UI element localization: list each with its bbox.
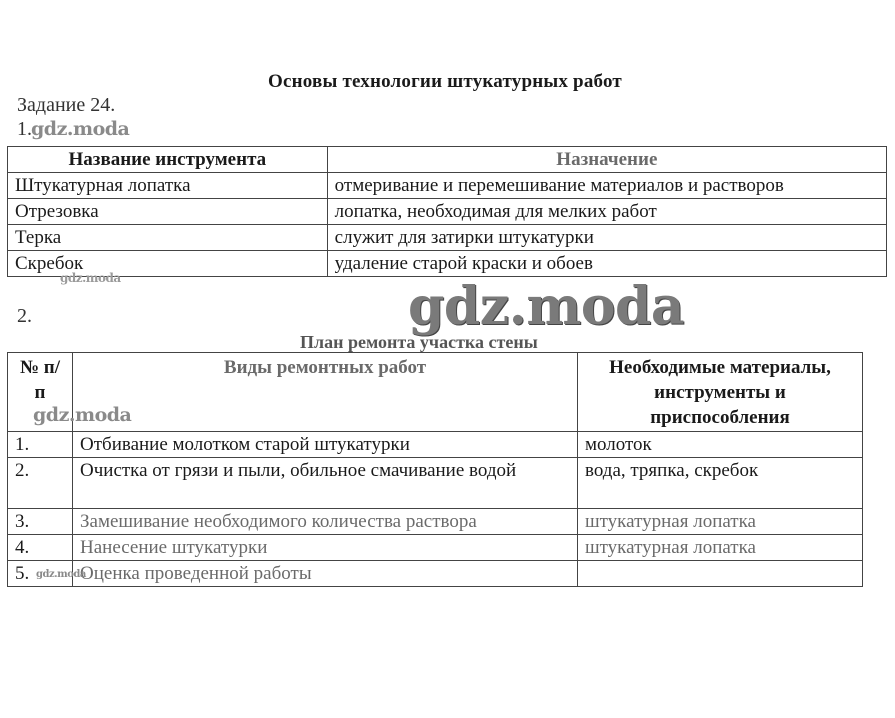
- column-header: Название инструмента: [8, 147, 328, 173]
- table-header-row: № п/п Виды ремонтных работ Необходимые м…: [8, 353, 863, 432]
- materials: [578, 561, 863, 587]
- repair-plan-table: № п/п Виды ремонтных работ Необходимые м…: [7, 352, 863, 587]
- section-1-number: 1.: [17, 118, 32, 141]
- table-row: 5. Оценка проведенной работы: [8, 561, 863, 587]
- materials: штукатурная лопатка: [578, 535, 863, 561]
- watermark: gdz.moda: [60, 271, 121, 285]
- table-row: Терка служит для затирки штукатурки: [8, 225, 887, 251]
- tool-purpose: служит для затирки штукатурки: [327, 225, 886, 251]
- tool-name: Отрезовка: [8, 199, 328, 225]
- table-row: 2. Очистка от грязи и пыли, обильное сма…: [8, 458, 863, 509]
- table-header-row: Название инструмента Назначение: [8, 147, 887, 173]
- work-type: Очистка от грязи и пыли, обильное смачив…: [73, 458, 578, 509]
- tool-purpose: отмеривание и перемешивание материалов и…: [327, 173, 886, 199]
- column-header: Назначение: [327, 147, 886, 173]
- row-number: 2.: [8, 458, 73, 509]
- table-row: Отрезовка лопатка, необходимая для мелки…: [8, 199, 887, 225]
- column-header: Виды ремонтных работ: [73, 353, 578, 432]
- work-type: Оценка проведенной работы: [73, 561, 578, 587]
- table-row: Скребок удаление старой краски и обоев: [8, 251, 887, 277]
- table-row: 1. Отбивание молотком старой штукатурки …: [8, 432, 863, 458]
- work-type: Отбивание молотком старой штукатурки: [73, 432, 578, 458]
- watermark: gdz.moda: [33, 404, 131, 426]
- row-number: 4.: [8, 535, 73, 561]
- row-number: 1.: [8, 432, 73, 458]
- watermark: gdz.moda: [36, 569, 86, 580]
- column-header: Необходимые материалы, инструменты и при…: [578, 353, 863, 432]
- task-label: Задание 24.: [17, 94, 115, 117]
- materials: вода, тряпка, скребок: [578, 458, 863, 509]
- tool-name: Скребок: [8, 251, 328, 277]
- tools-table: Название инструмента Назначение Штукатур…: [7, 146, 887, 277]
- watermark-large: gdz.moda: [408, 276, 684, 337]
- page-title: Основы технологии штукатурных работ: [0, 71, 890, 93]
- tool-name: Штукатурная лопатка: [8, 173, 328, 199]
- tool-name: Терка: [8, 225, 328, 251]
- work-type: Замешивание необходимого количества раст…: [73, 509, 578, 535]
- tool-purpose: удаление старой краски и обоев: [327, 251, 886, 277]
- work-type: Нанесение штукатурки: [73, 535, 578, 561]
- tool-purpose: лопатка, необходимая для мелких работ: [327, 199, 886, 225]
- table-row: 3. Замешивание необходимого количества р…: [8, 509, 863, 535]
- materials: штукатурная лопатка: [578, 509, 863, 535]
- materials: молоток: [578, 432, 863, 458]
- section-2-number: 2.: [17, 305, 32, 328]
- table-row: 4. Нанесение штукатурки штукатурная лопа…: [8, 535, 863, 561]
- plan-title: План ремонта участка стены: [300, 332, 538, 353]
- row-number: 3.: [8, 509, 73, 535]
- watermark: gdz.moda: [31, 118, 129, 140]
- table-row: Штукатурная лопатка отмеривание и переме…: [8, 173, 887, 199]
